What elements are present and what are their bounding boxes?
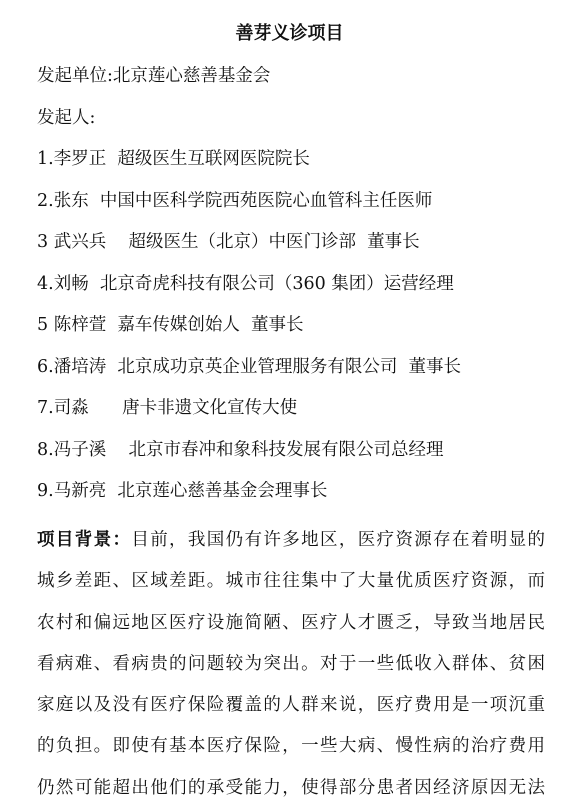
initiator-item: 5 陈梓萱 嘉车传媒创始人 董事长 xyxy=(37,313,303,337)
background-text: 目前，我国仍有许多地区，医疗资源存在着明显的 xyxy=(131,530,545,550)
initiator-item: 4.刘畅 北京奇虎科技有限公司（360 集团）运营经理 xyxy=(37,272,454,296)
paragraph-line: 仍然可能超出他们的承受能力，使得部分患者因经济原因无法 xyxy=(37,768,545,804)
initiator-item: 2.张东 中国中医科学院西苑医院心血管科主任医师 xyxy=(37,189,432,213)
document-page: 善芽义诊项目 发起单位:北京莲心慈善基金会 发起人: 1.李罗正 超级医生互联网… xyxy=(0,0,579,804)
initiator-item: 3 武兴兵 超级医生（北京）中医门诊部 董事长 xyxy=(37,230,420,254)
organizer-line: 发起单位:北京莲心慈善基金会 xyxy=(37,64,270,88)
background-heading: 项目背景： xyxy=(37,530,131,550)
initiator-item: 8.冯子溪 北京市春冲和象科技发展有限公司总经理 xyxy=(37,438,443,462)
initiators-label: 发起人: xyxy=(37,106,95,130)
initiator-item: 6.潘培涛 北京成功京英企业管理服务有限公司 董事长 xyxy=(37,355,461,379)
paragraph-line: 城乡差距、区域差距。城市往往集中了大量优质医疗资源，而 xyxy=(37,561,545,602)
paragraph-line: 的负担。即使有基本医疗保险，一些大病、慢性病的治疗费用 xyxy=(37,726,545,767)
paragraph-line: 看病难、看病贵的问题较为突出。对于一些低收入群体、贫困 xyxy=(37,644,545,685)
paragraph-line: 家庭以及没有医疗保险覆盖的人群来说，医疗费用是一项沉重 xyxy=(37,685,545,726)
document-title: 善芽义诊项目 xyxy=(0,22,579,46)
initiator-item: 1.李罗正 超级医生互联网医院院长 xyxy=(37,147,310,171)
paragraph-line: 项目背景：目前，我国仍有许多地区，医疗资源存在着明显的 xyxy=(37,520,545,561)
initiator-item: 9.马新亮 北京莲心慈善基金会理事长 xyxy=(37,479,327,503)
project-background-paragraph: 项目背景：目前，我国仍有许多地区，医疗资源存在着明显的 城乡差距、区域差距。城市… xyxy=(37,520,545,804)
initiator-item: 7.司淼 唐卡非遗文化宣传大使 xyxy=(37,396,297,420)
paragraph-line: 农村和偏远地区医疗设施简陋、医疗人才匮乏，导致当地居民 xyxy=(37,603,545,644)
